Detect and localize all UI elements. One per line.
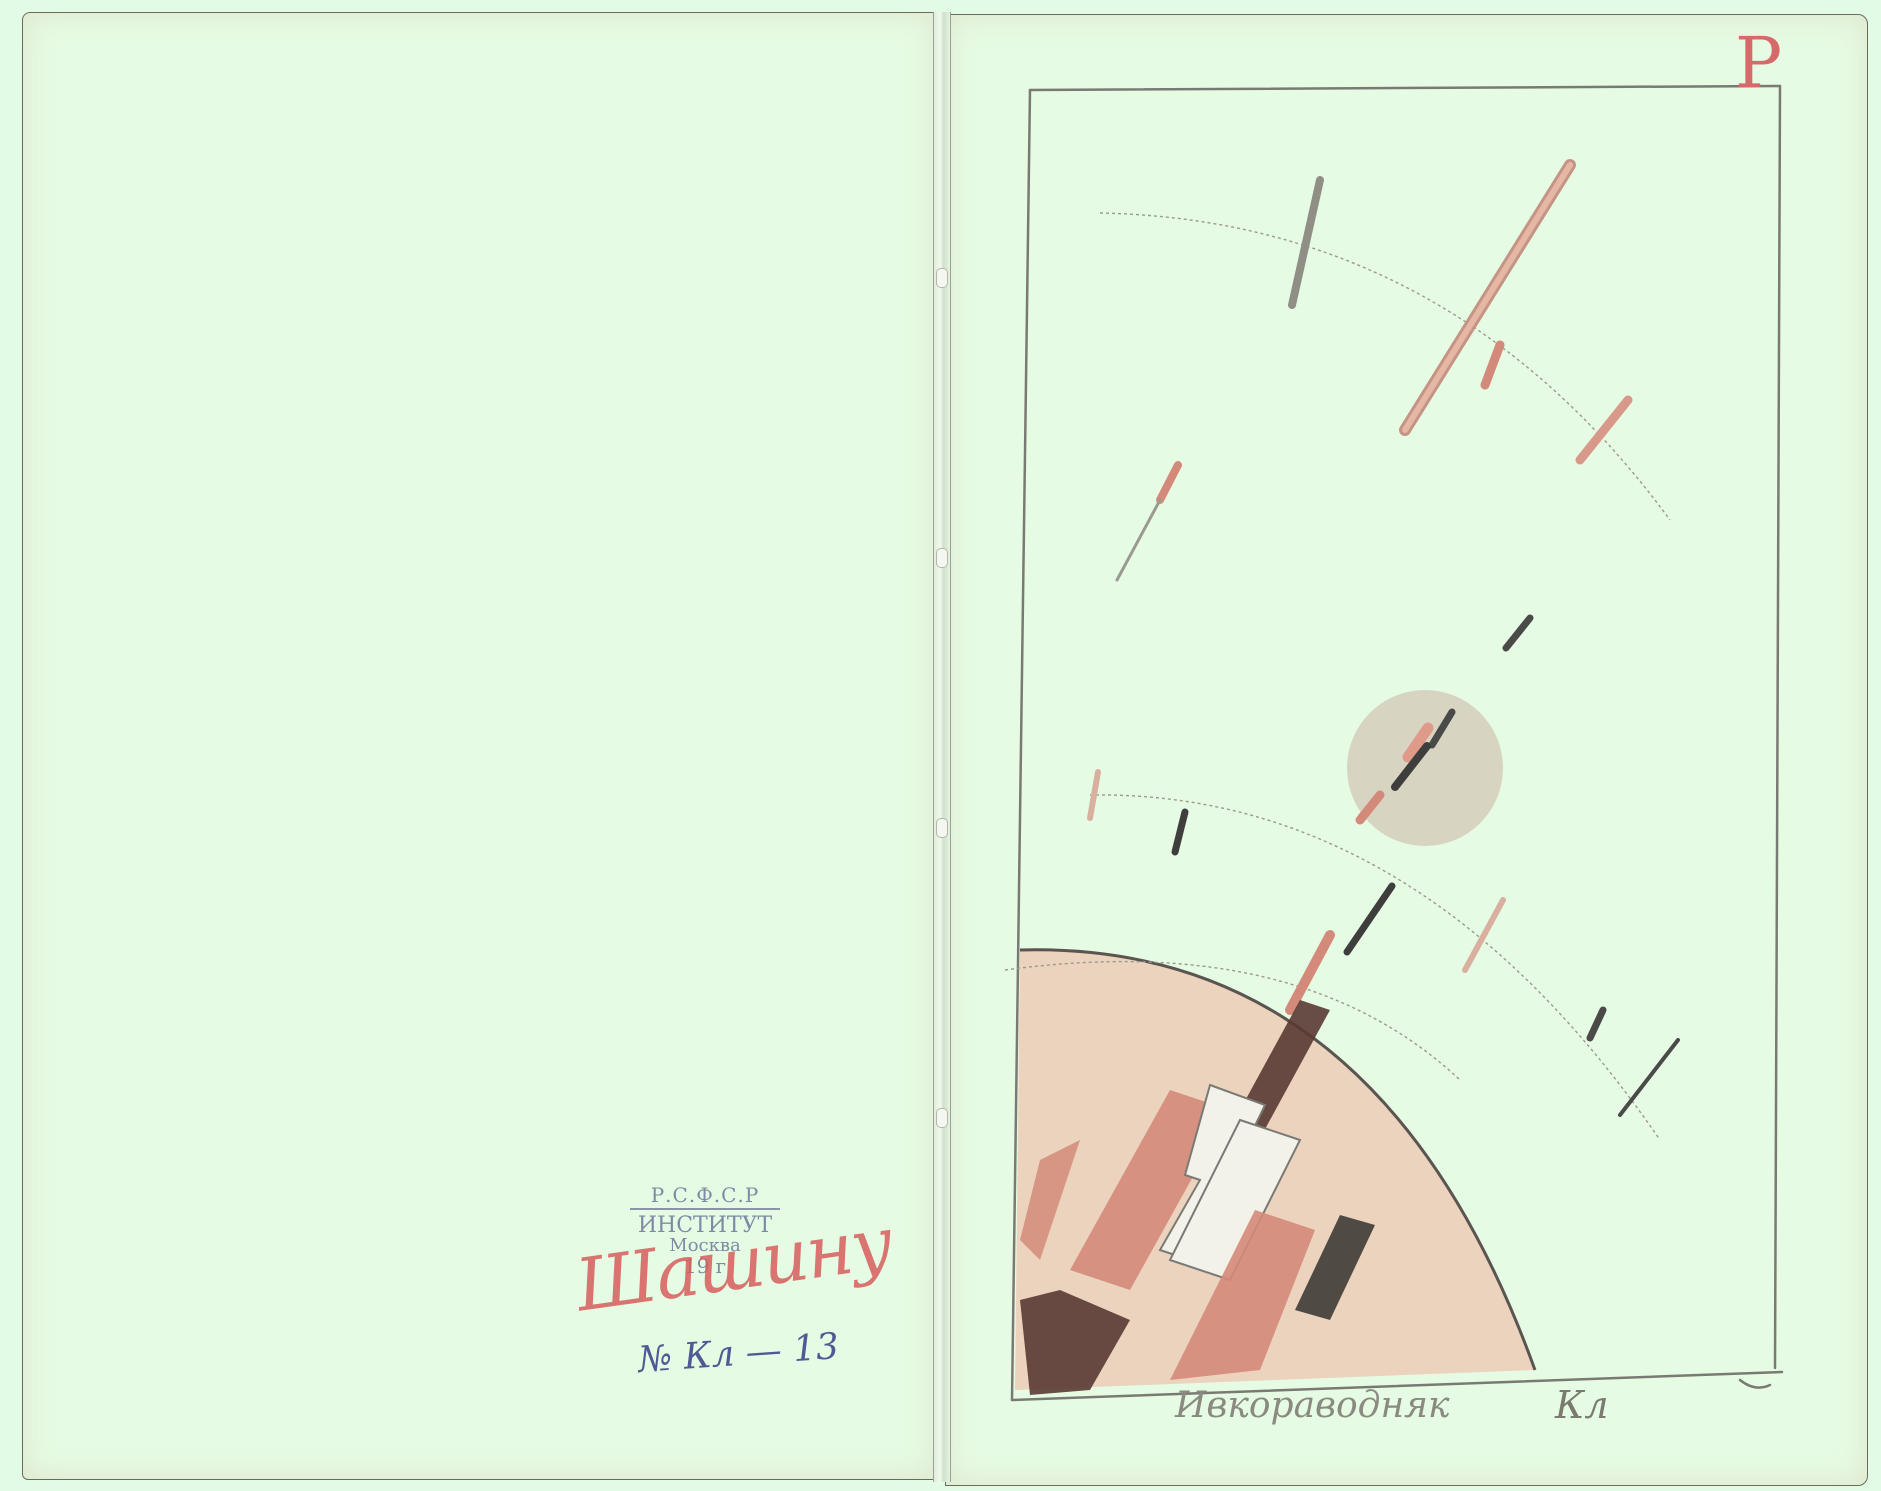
signature-initials: Кл (1555, 1383, 1609, 1427)
sun-circle (1347, 690, 1503, 846)
corner-mark: Р (1735, 22, 1782, 104)
flying-bars-upper (1117, 165, 1628, 580)
stamp-line-1: Р.С.Ф.С.Р (630, 1185, 780, 1210)
suprematist-drawing (0, 0, 1881, 1491)
signature-caption: Ивкораводняк (1175, 1385, 1450, 1426)
